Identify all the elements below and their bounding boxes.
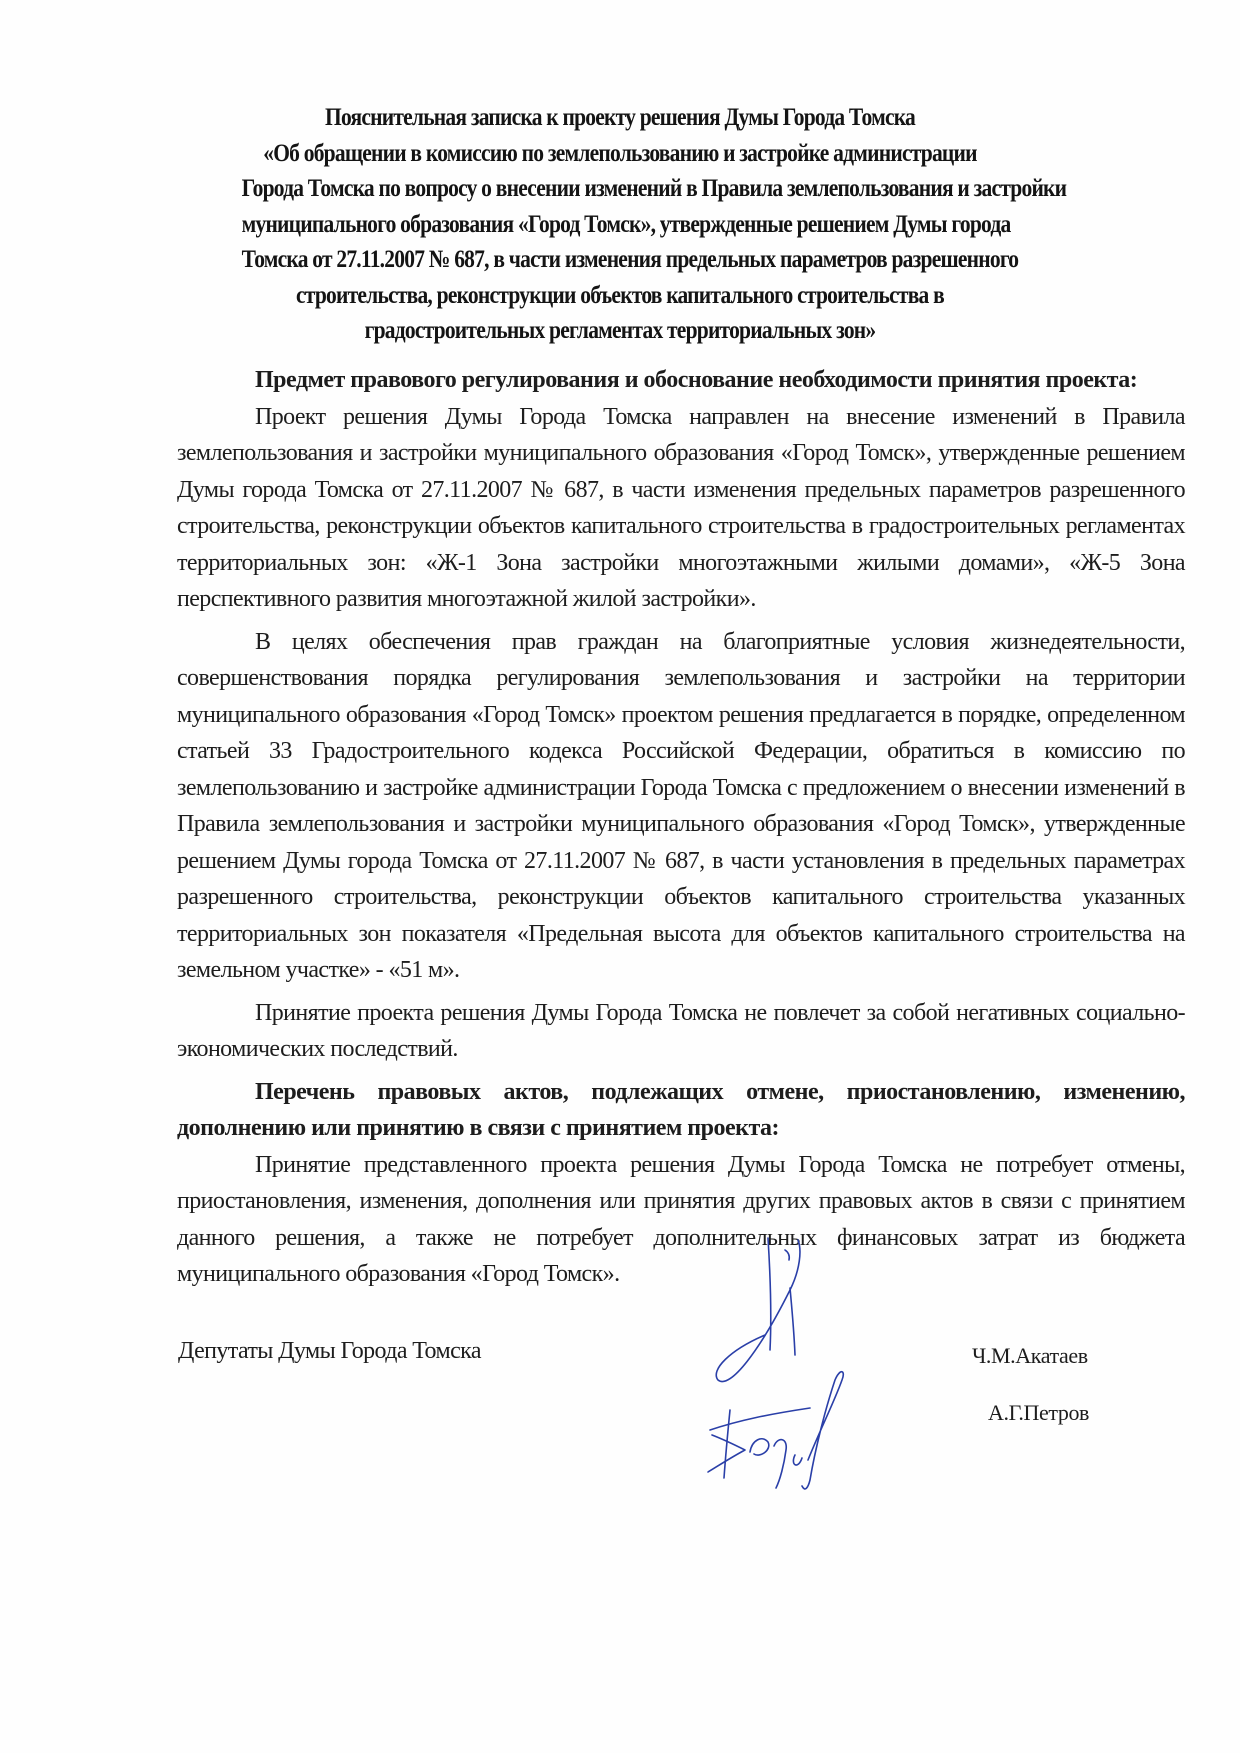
paragraph-project-description: Проект решения Думы Города Томска направ… bbox=[177, 399, 1185, 618]
handwritten-signatures-icon bbox=[690, 1230, 890, 1490]
signatory-name: А.Г.Петров bbox=[988, 1400, 1089, 1426]
section-heading-regulation: Предмет правового регулирования и обосно… bbox=[177, 362, 1185, 399]
paragraph-purpose: В целях обеспечения прав граждан на благ… bbox=[177, 624, 1185, 989]
title-line: «Об обращении в комиссию по землепользов… bbox=[242, 136, 999, 172]
signatory-name: Ч.М.Акатаев bbox=[972, 1343, 1088, 1369]
document-title: Пояснительная записка к проекту решения … bbox=[242, 100, 999, 349]
title-line: Пояснительная записка к проекту решения … bbox=[242, 100, 999, 136]
paragraph-consequences: Принятие проекта решения Думы Города Том… bbox=[177, 995, 1185, 1068]
signature-label: Депутаты Думы Города Томска bbox=[178, 1338, 481, 1365]
title-line: строительства, реконструкции объектов ка… bbox=[242, 278, 999, 314]
document-page: Пояснительная записка к проекту решения … bbox=[0, 0, 1240, 1753]
title-line: градостроительных регламентах территориа… bbox=[242, 313, 999, 349]
paragraph-legal-acts: Принятие представленного проекта решения… bbox=[177, 1147, 1185, 1293]
section-heading-legal-acts: Перечень правовых актов, подлежащих отме… bbox=[177, 1074, 1185, 1147]
title-line: Томска от 27.11.2007 № 687, в части изме… bbox=[242, 242, 999, 278]
document-body: Предмет правового регулирования и обосно… bbox=[177, 362, 1185, 1293]
title-line: Города Томска по вопросу о внесении изме… bbox=[242, 171, 999, 207]
title-line: муниципального образования «Город Томск»… bbox=[242, 207, 999, 243]
